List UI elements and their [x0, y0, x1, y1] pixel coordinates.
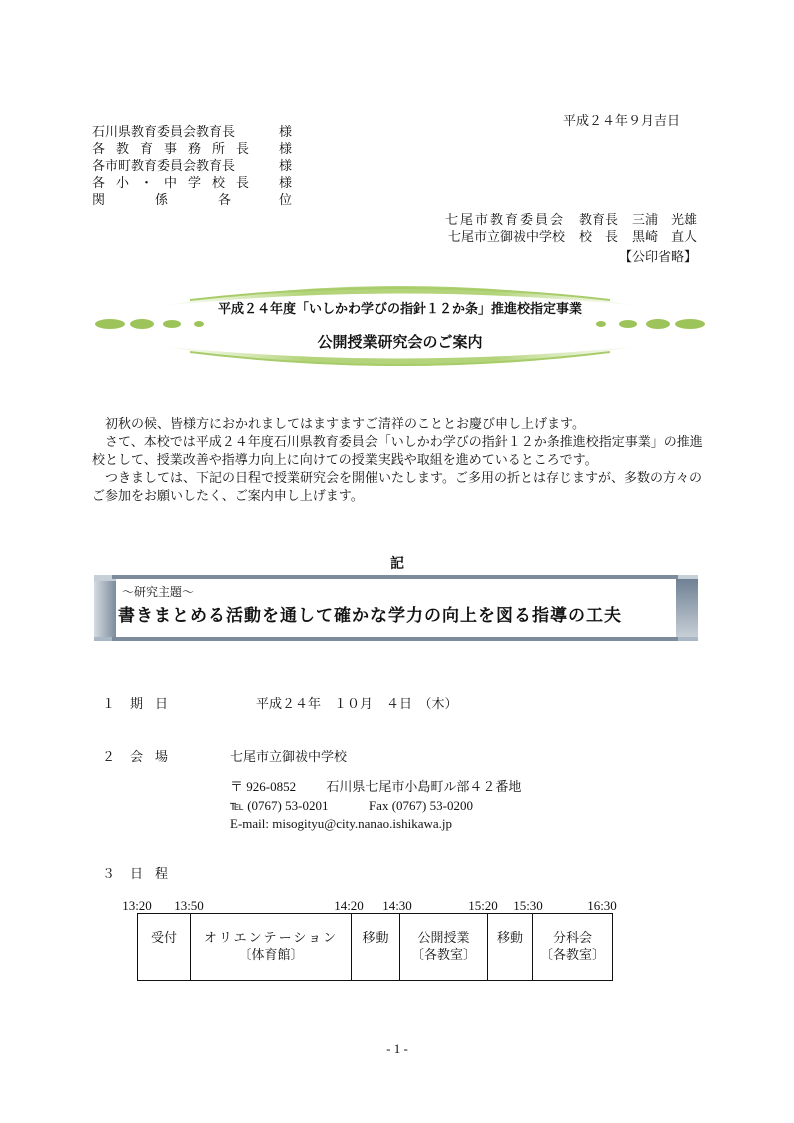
block-place: 〔体育館〕 [192, 947, 350, 964]
paragraph: つきましては、下記の日程で授業研究会を開催いたします。ご多用の折とは存じますが、… [92, 470, 704, 506]
section-heading: 期日 [130, 693, 190, 712]
section-number: ３ [102, 863, 130, 882]
paragraph: さて、本校では平成２４年度石川県教育委員会「いしかわ学びの指針１２か条推進校指定… [92, 434, 704, 470]
block-label: 受付 [139, 930, 189, 947]
greeting-body: 初秋の候、皆様方におかれましてはますますご清祥のこととお慶び申し上げます。 さて… [92, 416, 704, 506]
recipient-name: 各市町教育委員会教育長 [92, 158, 262, 175]
schedule-cell: 移動 [352, 914, 400, 981]
section-venue-heading: ２会場 [102, 746, 190, 765]
theme-label: ～研究主題～ [122, 583, 194, 600]
time-label: 15:20 [468, 898, 498, 914]
recipient-name: 各小・中学校長 [92, 175, 262, 192]
sender-title: 校 長 [579, 229, 618, 246]
venue-contact: 〒 926-0852 石川県七尾市小島町ル部４２番地 ℡ (0767) 53-0… [230, 778, 521, 833]
title-banner: 平成２４年度「いしかわ学びの指針１２か条」推進校指定事業 公開授業研究会のご案内 [90, 276, 710, 376]
block-place: 〔各教室〕 [534, 947, 611, 964]
recipients-list: 石川県教育委員会教育長様 各教育事務所長様 各市町教育委員会教育長様 各小・中学… [92, 124, 292, 209]
block-place: 〔各教室〕 [401, 947, 486, 964]
time-label: 16:30 [587, 898, 617, 914]
recipient: 各小・中学校長様 [92, 175, 292, 192]
banner-title: 公開授業研究会のご案内 [90, 331, 710, 352]
banner-subtitle: 平成２４年度「いしかわ学びの指針１２か条」推進校指定事業 [90, 298, 710, 317]
sender-name: 黒崎 直人 [632, 229, 697, 246]
section-heading: 会場 [130, 746, 190, 765]
fax: Fax (0767) 53-0200 [369, 798, 473, 813]
recipient: 石川県教育委員会教育長様 [92, 124, 292, 141]
sender-line: 七尾市立御祓中学校 校 長 黒崎 直人 [445, 229, 697, 246]
schedule-times: 13:20 13:50 14:20 14:30 15:20 15:30 16:3… [0, 898, 794, 914]
block-label: 移動 [489, 930, 531, 947]
recipient-suffix: 位 [272, 192, 292, 209]
issue-date: 平成２４年９月吉日 [563, 110, 680, 129]
time-label: 14:30 [382, 898, 412, 914]
address-line: 〒 926-0852 石川県七尾市小島町ル部４２番地 [230, 778, 521, 797]
sender-org: 七尾市教育委員会 [445, 212, 565, 229]
schedule-table: 受付 オリエンテーション〔体育館〕 移動 公開授業〔各教室〕 移動 分科会〔各教… [137, 913, 613, 981]
recipient-name: 石川県教育委員会教育長 [92, 124, 262, 141]
schedule-cell: 移動 [488, 914, 533, 981]
recipient-suffix: 様 [272, 158, 292, 175]
time-label: 13:20 [122, 898, 152, 914]
seal-omitted-note: 【公印省略】 [619, 246, 697, 265]
senders: 七尾市教育委員会 教育長 三浦 光雄 七尾市立御祓中学校 校 長 黒崎 直人 [445, 212, 697, 246]
recipient-name: 各教育事務所長 [92, 141, 262, 158]
ki-heading: 記 [0, 553, 794, 573]
schedule-cell: オリエンテーション〔体育館〕 [191, 914, 352, 981]
tel: ℡ (0767) 53-0201 [230, 798, 328, 813]
section-number: ２ [102, 746, 130, 765]
theme-left-bar [94, 581, 116, 637]
sender-title: 教育長 [579, 212, 618, 229]
block-label: 分科会 [534, 930, 611, 947]
recipient-suffix: 様 [272, 175, 292, 192]
block-label: オリエンテーション [192, 930, 350, 947]
theme-bottom-border [112, 637, 678, 641]
recipient-suffix: 様 [272, 124, 292, 141]
sender-line: 七尾市教育委員会 教育長 三浦 光雄 [445, 212, 697, 229]
section-date-heading: １期日 [102, 693, 190, 712]
sender-name: 三浦 光雄 [632, 212, 697, 229]
research-theme-box: ～研究主題～ 書きまとめる活動を通して確かな学力の向上を図る指導の工夫 [94, 575, 698, 641]
phone-line: ℡ (0767) 53-0201 Fax (0767) 53-0200 [230, 797, 521, 815]
banner-swoosh-decoration [90, 276, 710, 376]
time-label: 15:30 [513, 898, 543, 914]
event-date: 平成２４年 １０月 ４日 （木） [256, 693, 458, 712]
sender-org: 七尾市立御祓中学校 [448, 229, 565, 246]
block-label: 公開授業 [401, 930, 486, 947]
time-label: 13:50 [174, 898, 204, 914]
block-label: 移動 [353, 930, 398, 947]
schedule-cell: 分科会〔各教室〕 [533, 914, 613, 981]
section-heading: 日程 [130, 863, 190, 882]
postal-code: 〒 926-0852 [230, 779, 296, 794]
recipient: 各市町教育委員会教育長様 [92, 158, 292, 175]
section-number: １ [102, 693, 130, 712]
theme-title: 書きまとめる活動を通して確かな学力の向上を図る指導の工夫 [118, 601, 622, 626]
recipient: 関係各位 [92, 192, 292, 209]
paragraph: 初秋の候、皆様方におかれましてはますますご清祥のこととお慶び申し上げます。 [92, 416, 704, 434]
table-row: 受付 オリエンテーション〔体育館〕 移動 公開授業〔各教室〕 移動 分科会〔各教… [138, 914, 613, 981]
section-schedule-heading: ３日程 [102, 863, 190, 882]
schedule-cell: 受付 [138, 914, 191, 981]
recipient-name: 関係各 [92, 192, 262, 209]
venue-name: 七尾市立御祓中学校 [230, 746, 347, 765]
time-label: 14:20 [334, 898, 364, 914]
theme-right-bar [676, 579, 698, 637]
street-address: 石川県七尾市小島町ル部４２番地 [326, 780, 521, 795]
email[interactable]: E-mail: misogityu@city.nanao.ishikawa.jp [230, 815, 521, 833]
page-number: - 1 - [0, 1041, 794, 1057]
recipient-suffix: 様 [272, 141, 292, 158]
schedule-cell: 公開授業〔各教室〕 [400, 914, 488, 981]
recipient: 各教育事務所長様 [92, 141, 292, 158]
